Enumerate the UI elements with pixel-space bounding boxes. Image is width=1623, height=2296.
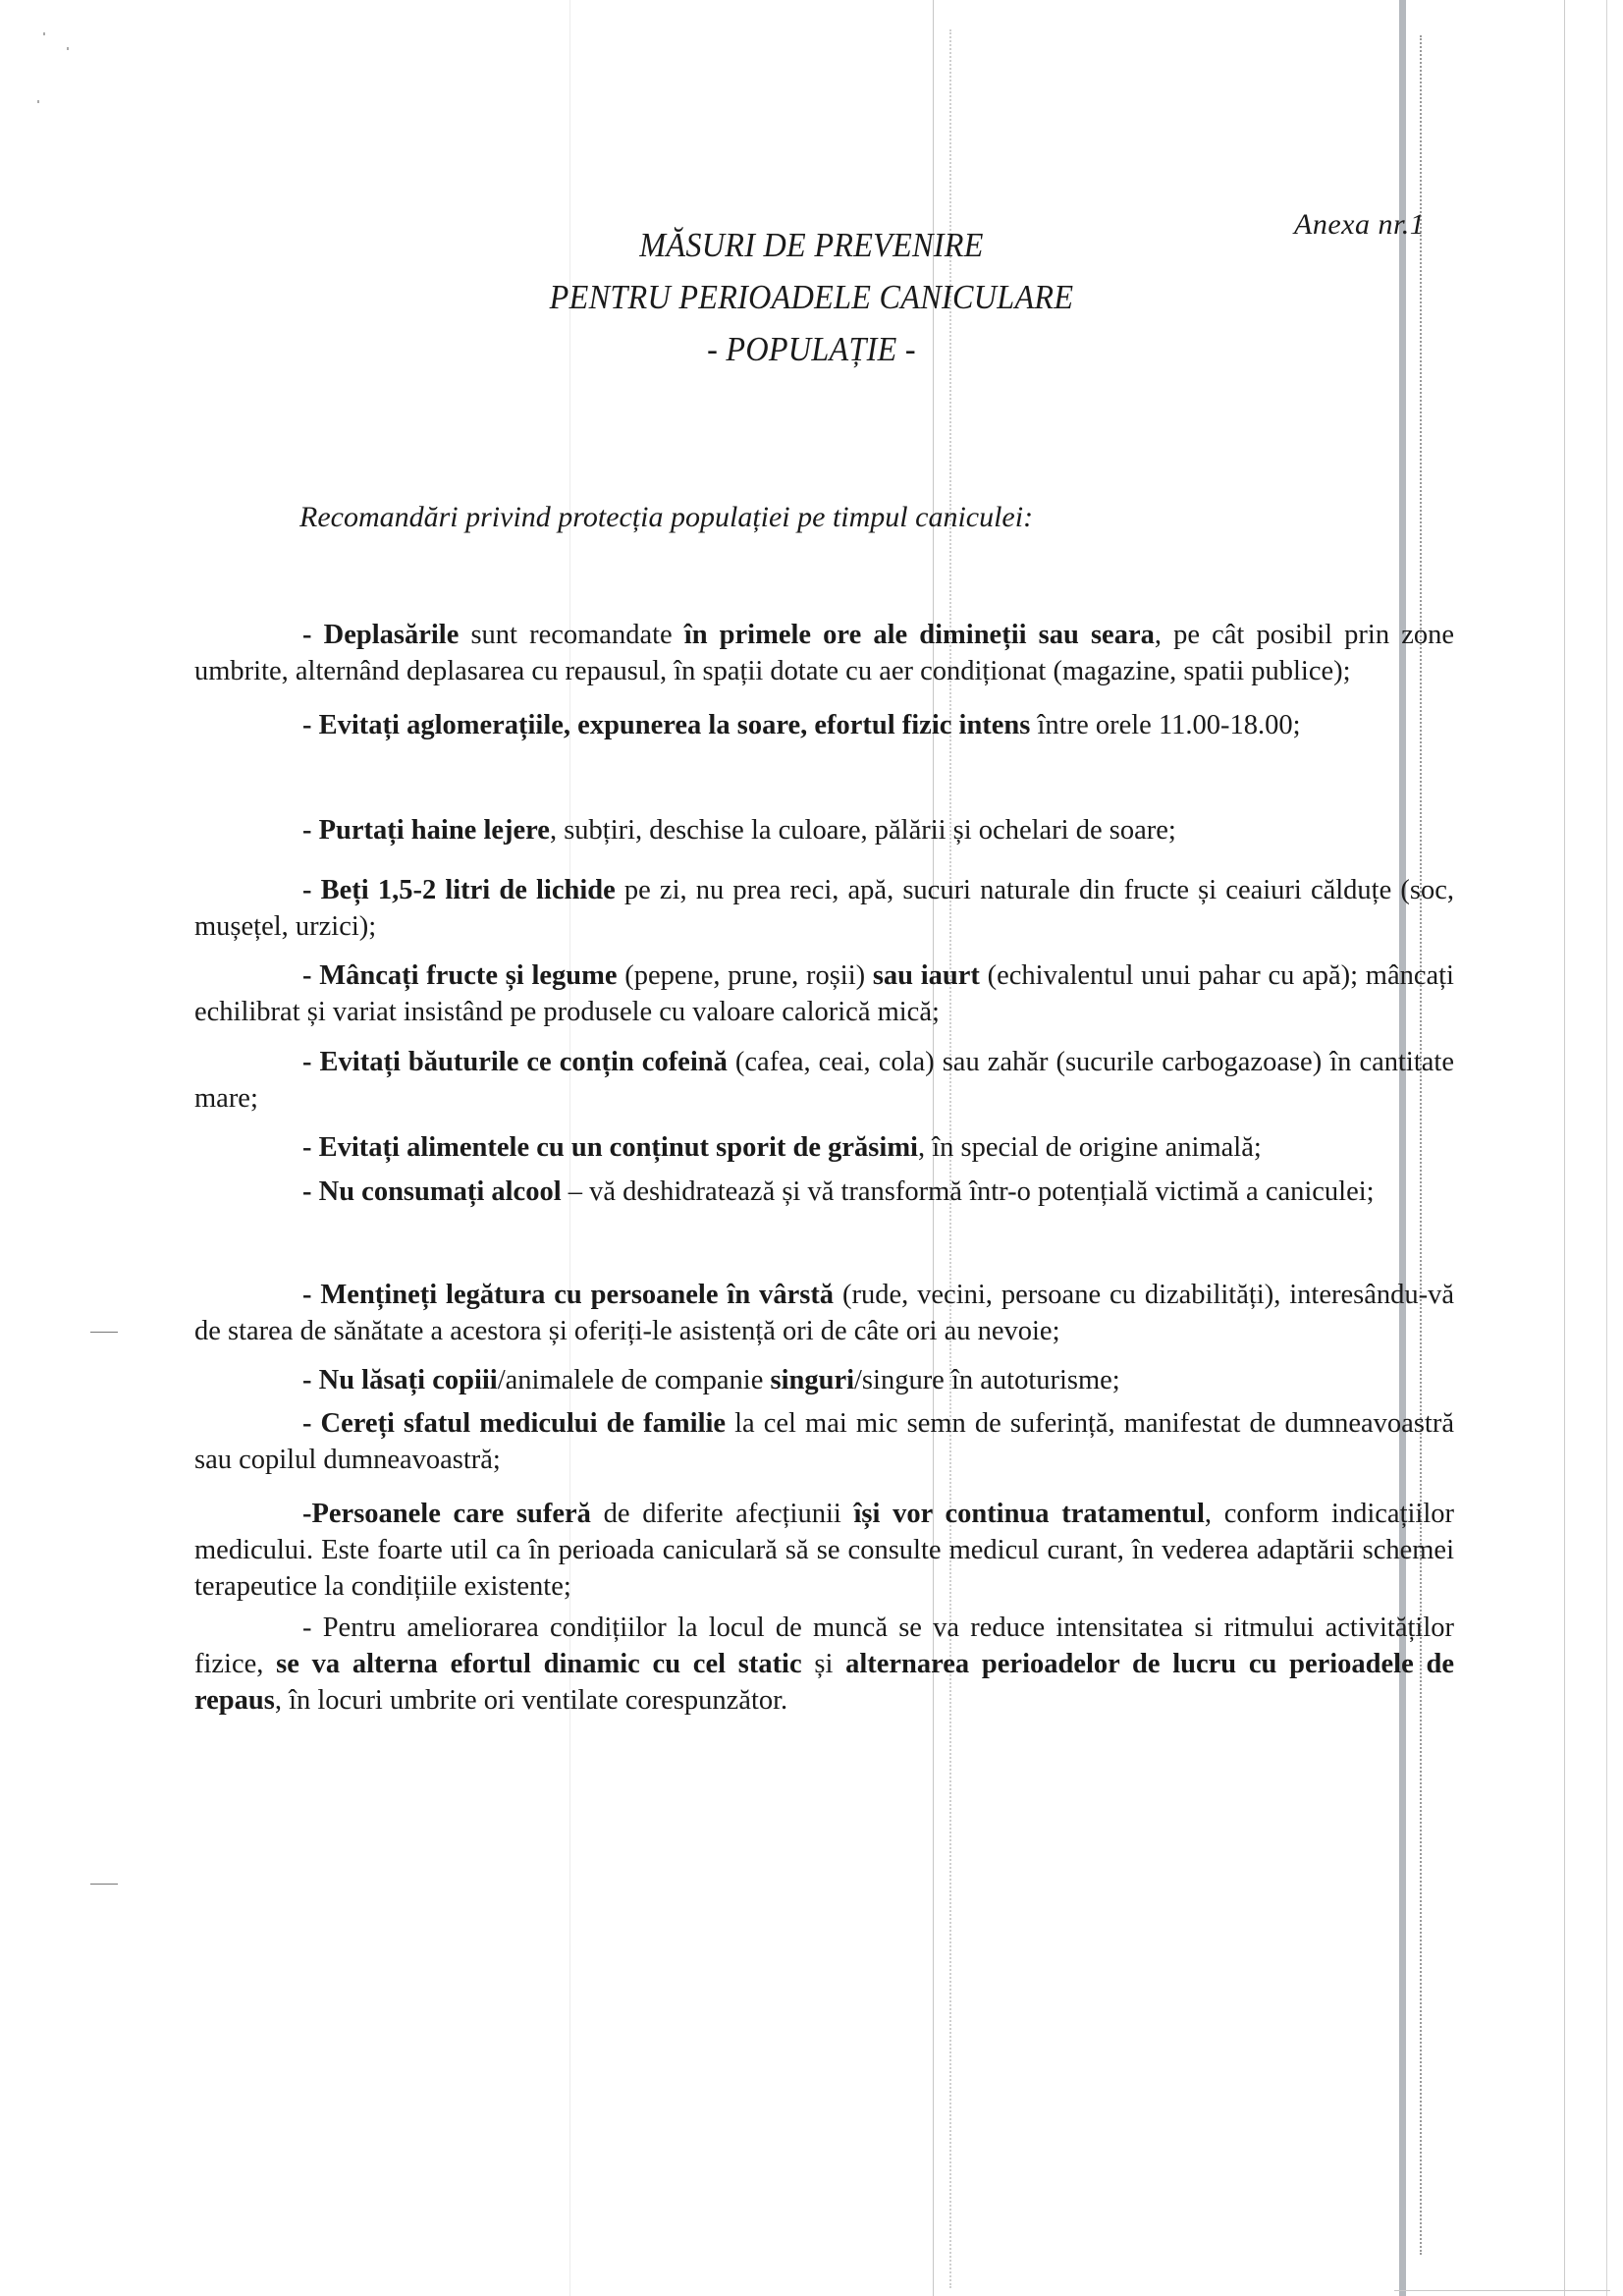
emphasis-text: - Cereți sfatul medicului de familie — [302, 1408, 726, 1439]
paragraph-deplasari: - Deplasările sunt recomandate în primel… — [194, 617, 1454, 689]
scan-bottom-edge — [1394, 2290, 1610, 2291]
paragraph-evitati-aglomeratii: - Evitați aglomerațiile, expunerea la so… — [194, 707, 1454, 743]
emphasis-text: în primele ore ale dimineții sau seara — [684, 620, 1155, 650]
scan-line — [1606, 0, 1607, 2296]
scan-speck — [43, 32, 45, 35]
emphasis-text: - Evitați alimentele cu un conținut spor… — [302, 1132, 918, 1163]
body-text: de diferite afecțiunii — [591, 1499, 854, 1529]
paragraph-pentru-ameliorarea: - Pentru ameliorarea condițiilor la locu… — [194, 1610, 1454, 1719]
emphasis-text: - Evitați băuturile ce conțin cofeină — [302, 1047, 728, 1077]
paragraph-evitati-bauturi: - Evitați băuturile ce conțin cofeină (c… — [194, 1044, 1454, 1117]
body-text: , subțiri, deschise la culoare, pălării … — [550, 815, 1176, 846]
body-text: și — [802, 1649, 845, 1679]
body-text: , în special de origine animală; — [918, 1132, 1262, 1163]
paragraph-mancati-fructe: - Mâncați fructe și legume (pepene, prun… — [194, 957, 1454, 1030]
body-text: /animalele de companie — [498, 1365, 771, 1395]
emphasis-text: - Nu lăsați copiii — [302, 1365, 498, 1395]
emphasis-text: se va alterna efortul dinamic cu cel sta… — [276, 1649, 801, 1679]
paragraph-persoanele-care-sufera: -Persoanele care suferă de diferite afec… — [194, 1496, 1454, 1605]
body-text: între orele 11.00-18.00; — [1030, 710, 1300, 740]
emphasis-text: - Evitați aglomerațiile, expunerea la so… — [302, 710, 1030, 740]
scan-speck — [37, 100, 39, 103]
emphasis-text: își vor continua tratamentul — [854, 1499, 1205, 1529]
title-line-1: MĂSURI DE PREVENIRE — [65, 226, 1558, 265]
emphasis-text: singuri — [770, 1365, 854, 1395]
emphasis-text: - Mențineți legătura cu persoanele în vâ… — [302, 1280, 834, 1310]
title-line-2: PENTRU PERIOADELE CANICULARE — [65, 278, 1558, 317]
title-line-3: - POPULAȚIE - — [65, 330, 1558, 369]
emphasis-text: sau iaurt — [873, 960, 980, 991]
emphasis-text: - Mâncați fructe și legume — [302, 960, 618, 991]
paragraph-evitati-alimente: - Evitați alimentele cu un conținut spor… — [194, 1129, 1454, 1166]
body-text: (pepene, prune, roșii) — [618, 960, 873, 991]
scan-speck — [67, 47, 69, 50]
body-text: – vă deshidratează și vă transformă într… — [562, 1176, 1375, 1207]
scanned-page: Anexa nr.1 MĂSURI DE PREVENIRE PENTRU PE… — [0, 0, 1623, 2296]
paragraph-beti-lichide: - Beți 1,5-2 litri de lichide pe zi, nu … — [194, 872, 1454, 945]
paragraph-cereti-sfatul: - Cereți sfatul medicului de familie la … — [194, 1405, 1454, 1478]
emphasis-text: - Nu consumați alcool — [302, 1176, 562, 1207]
emphasis-text: - Purtați haine lejere — [302, 815, 550, 846]
margin-mark — [90, 1884, 118, 1885]
section-subtitle: Recomandări privind protecția populației… — [299, 501, 1033, 534]
emphasis-text: - Deplasările — [302, 620, 459, 650]
paragraph-nu-consumati-alcool: - Nu consumați alcool – vă deshidratează… — [194, 1174, 1454, 1210]
margin-mark — [90, 1332, 118, 1333]
body-text: sunt recomandate — [459, 620, 683, 650]
body-text: , în locuri umbrite ori ventilate coresp… — [275, 1685, 787, 1716]
emphasis-text: -Persoanele care suferă — [302, 1499, 591, 1529]
body-text: /singure în autoturisme; — [854, 1365, 1120, 1395]
paragraph-nu-lasati-copii: - Nu lăsați copiii/animalele de companie… — [194, 1362, 1454, 1398]
paragraph-mentineti-legatura: - Mențineți legătura cu persoanele în vâ… — [194, 1277, 1454, 1349]
paragraph-purtati-haine: - Purtați haine lejere, subțiri, deschis… — [194, 812, 1454, 848]
emphasis-text: - Beți 1,5-2 litri de lichide — [302, 875, 616, 905]
scan-line — [1564, 0, 1565, 2296]
